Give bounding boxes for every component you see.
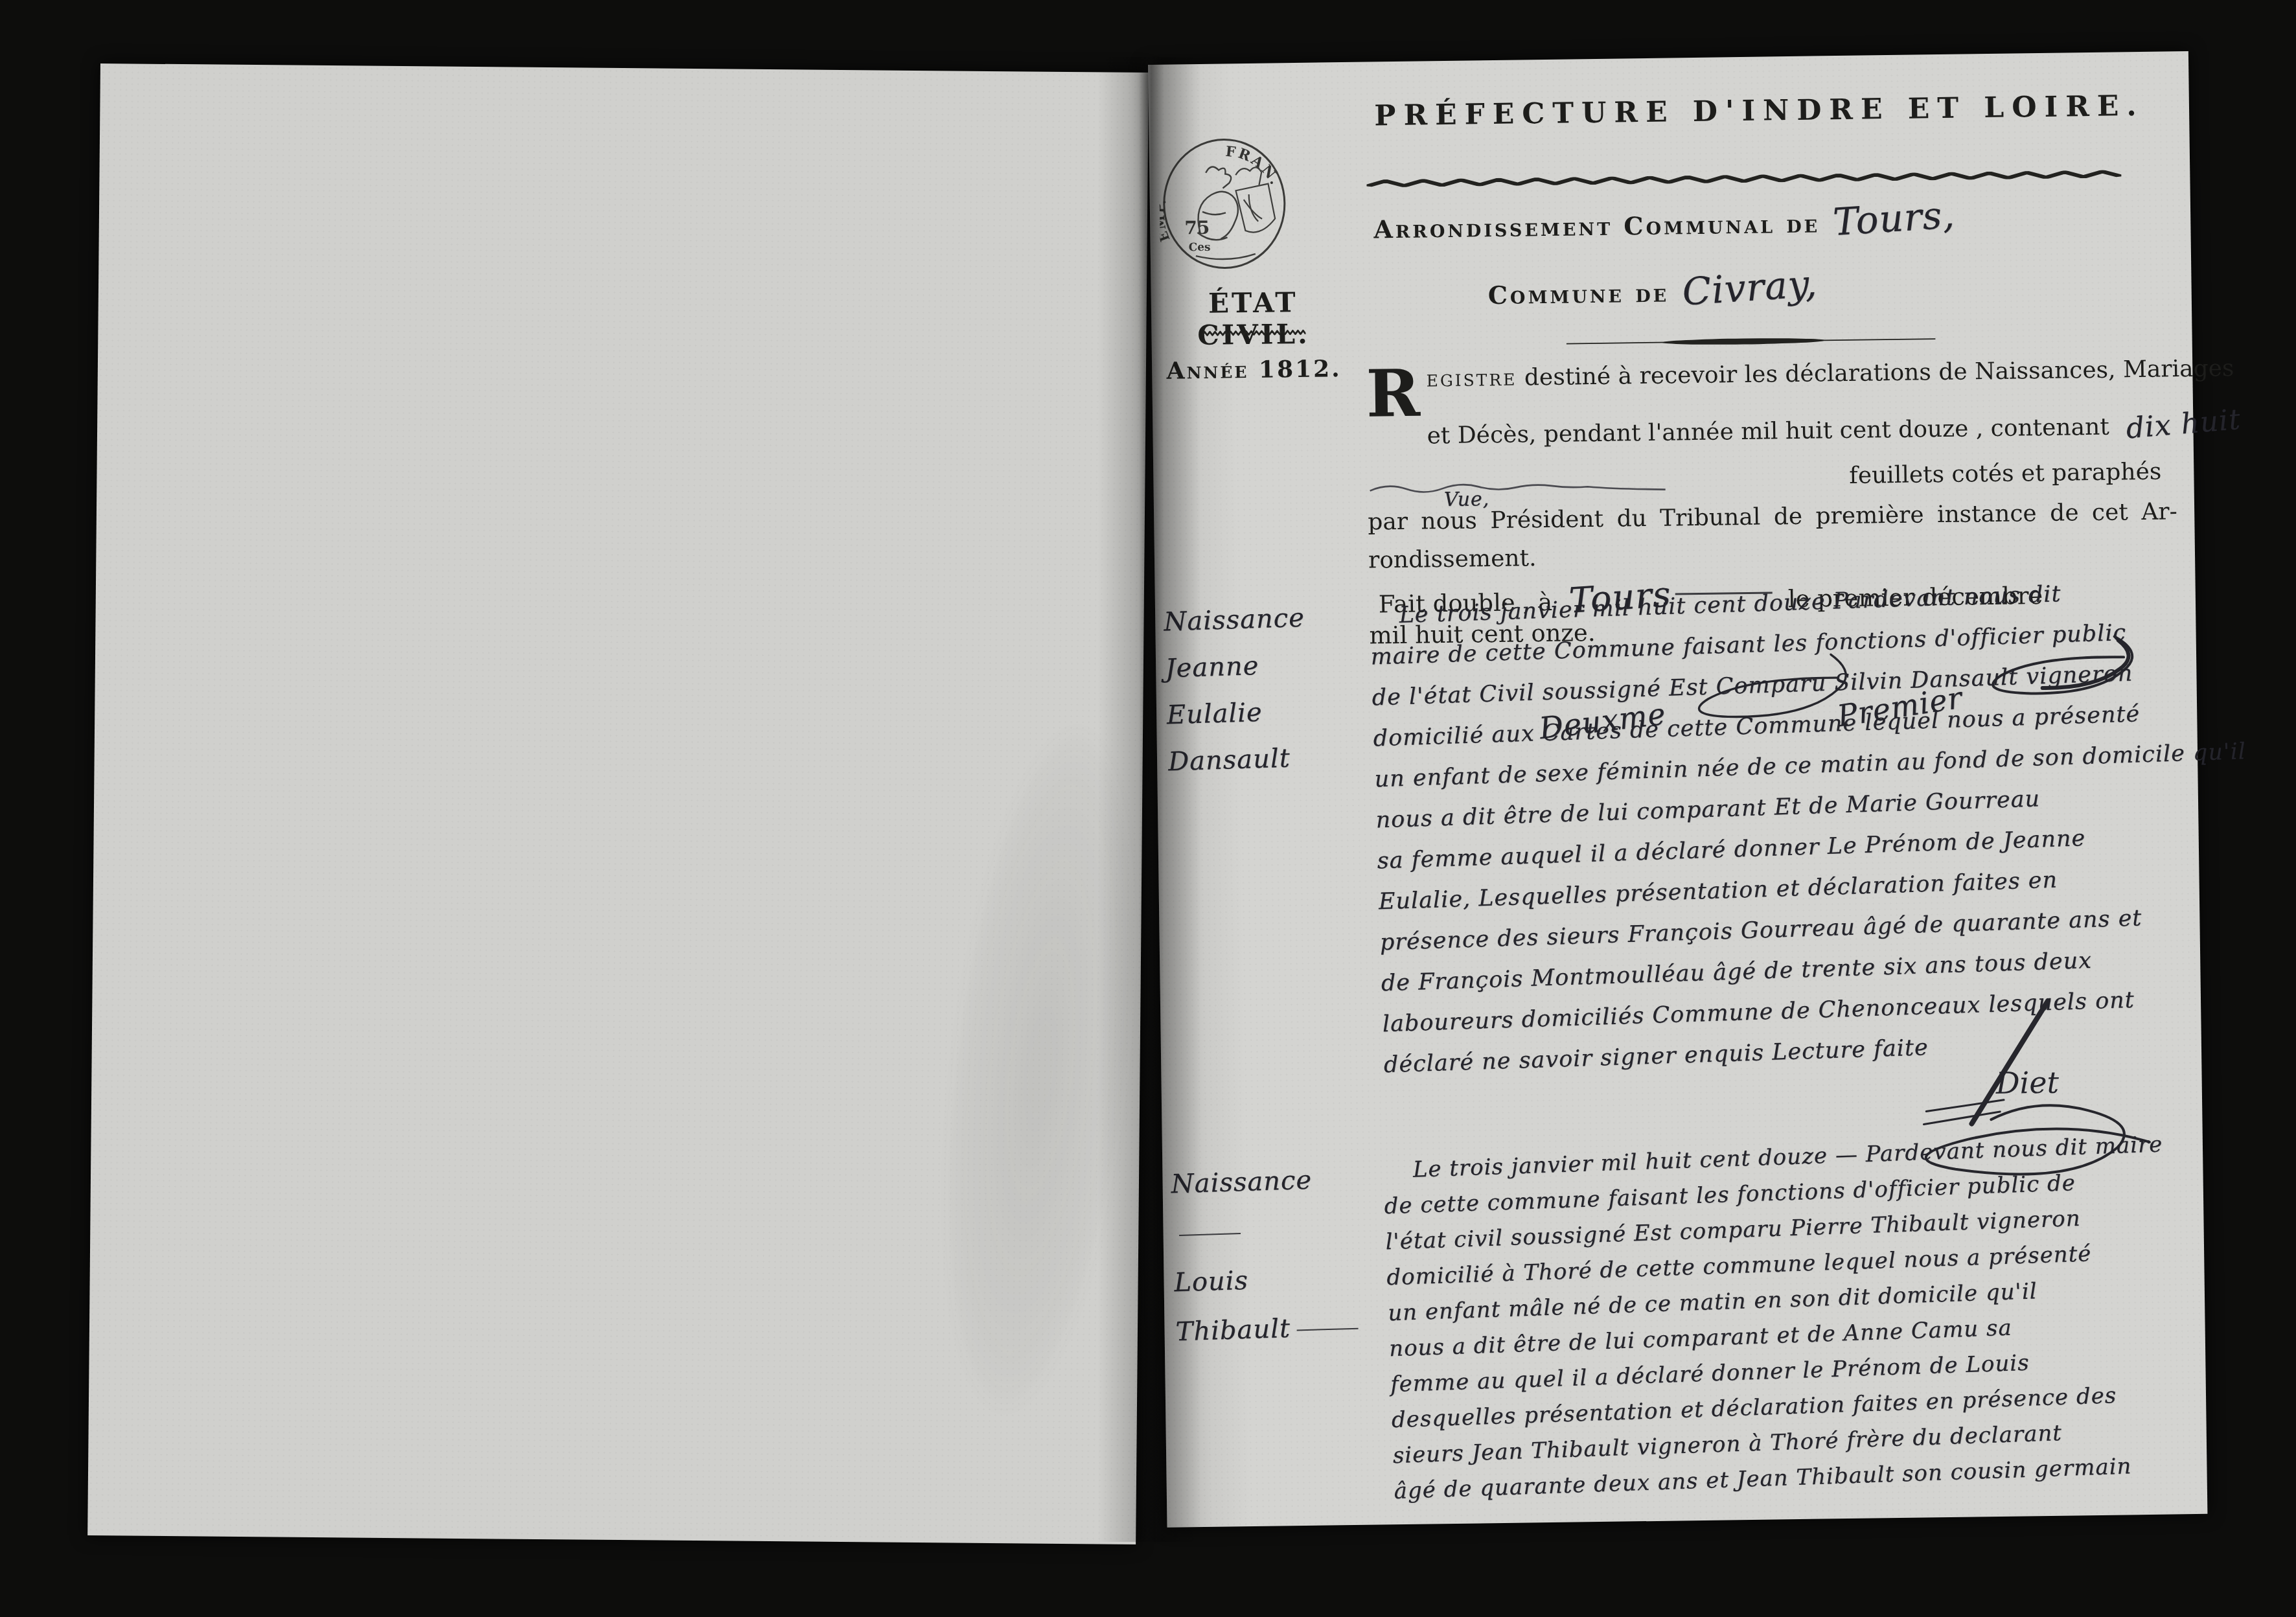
registre-word: egistre [1426, 365, 1517, 393]
register-paragraph: Registre destiné à recevoir les déclarat… [1366, 356, 2186, 585]
record2-text: Le trois janvier mil huit cent douze — P… [1383, 1130, 2217, 1514]
paragraph-line3: feuillets cotés et paraphés [1849, 458, 2185, 489]
revenue-stamp-icon: FRAN. EMP. [1158, 134, 1290, 273]
stamp-arc-top-text: FRAN. [1224, 143, 1284, 190]
arrondissement-label: Arrondissement Communal de [1373, 209, 1820, 244]
svg-text:FRAN.: FRAN. [1224, 143, 1284, 190]
left-blank-page [87, 63, 1149, 1544]
margin-note-line: Naissance [1163, 593, 1362, 645]
zigzag-rule [1366, 170, 2121, 187]
paragraph-line2: et Décès, pendant l'année mil huit cent … [1427, 414, 2109, 450]
margin-note-line: Naissance [1170, 1154, 1370, 1258]
paraph-double-line [1923, 1100, 2004, 1125]
prefecture-title: PRÉFECTURE D'INDRE ET LOIRE. [1356, 89, 2163, 133]
scanned-register-spread: FRAN. EMP. [0, 0, 2296, 1617]
stamp-arc-left-text: EMP. [1158, 196, 1173, 244]
handwritten-filler-stroke [1367, 476, 1671, 497]
etat-civil-heading: ÉTAT CIVIL. [1151, 286, 1356, 352]
handwritten-folio-count: dix huit [2125, 403, 2242, 446]
paragraph-line1: destiné à recevoir les déclarations de N… [1517, 355, 2234, 391]
paragraph-line5: rondissement. [1368, 545, 1537, 573]
drop-cap: R [1366, 366, 1420, 421]
spindle-rule [1567, 334, 1936, 348]
commune-handwritten-value: Civray, [1681, 261, 1819, 314]
stamp-value-unit: Ces [1189, 241, 1211, 254]
margin-note-line: Dansault [1167, 733, 1366, 785]
stamp-value-number: 75 [1184, 217, 1210, 239]
arrondissement-line: Arrondissement Communal de Tours, [1373, 196, 1955, 247]
margin-note-line: Jeanne Eulalie [1165, 639, 1365, 739]
commune-label: Commune de [1487, 279, 1669, 310]
commune-line: Commune de Civray, [1487, 265, 1817, 314]
bleed-through-stamp-ghost [915, 718, 1166, 1421]
margin-note-record1: NaissanceJeanne EulalieDansault [1163, 593, 1366, 785]
svg-text:EMP.: EMP. [1158, 196, 1173, 244]
right-register-page: FRAN. EMP. [1148, 51, 2207, 1528]
margin-note-line: Louis Thibault [1173, 1252, 1373, 1357]
handwritten-vue-insertion: Vue, [1444, 488, 1490, 511]
arrondissement-handwritten-value: Tours, [1831, 192, 1956, 244]
annee-heading: Année 1812. [1152, 355, 1357, 385]
record1-signature-name: Diet [1995, 1065, 2060, 1101]
margin-note-record2: NaissanceLouis Thibault [1170, 1154, 1373, 1357]
